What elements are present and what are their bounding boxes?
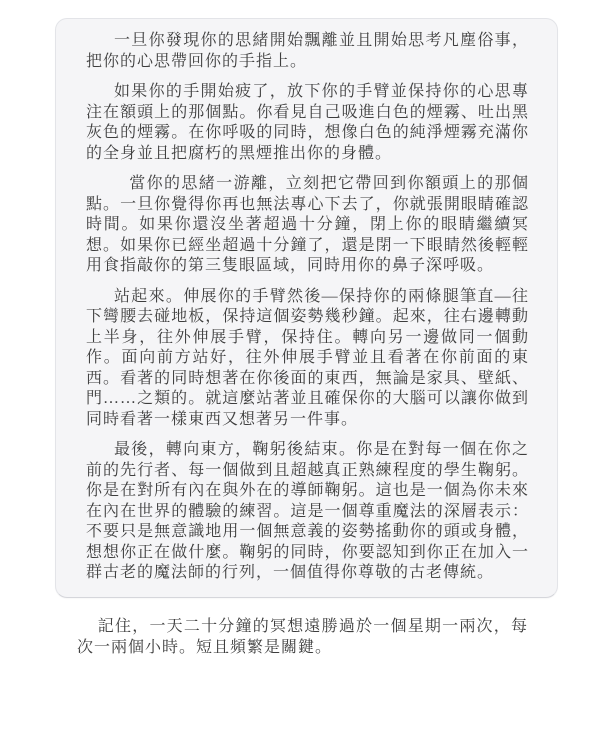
card-paragraph-3: 當你的思緒一游離，立刻把它帶回到你額頭上的那個點。一旦你覺得你再也無法專心下去了… [86,174,529,277]
quote-card: 一旦你發現你的思緒開始飄離並且開始思考凡塵俗事，把你的心思帶回你的手指上。 如果… [55,18,558,598]
card-paragraph-5: 最後，轉向東方，鞠躬後結束。你是在對每一個在你之前的先行者、每一個做到且超越真正… [86,440,529,584]
document-page: 一旦你發現你的思緒開始飄離並且開始思考凡塵俗事，把你的心思帶回你的手指上。 如果… [0,0,604,737]
card-paragraph-1: 一旦你發現你的思緒開始飄離並且開始思考凡塵俗事，把你的心思帶回你的手指上。 [86,31,529,72]
card-paragraph-2: 如果你的手開始疲了，放下你的手臂並保持你的心思專注在額頭上的那個點。你看見自己吸… [86,82,529,164]
closing-paragraph: 記住，一天二十分鐘的冥想遠勝過於一個星期一兩次，每次一兩個小時。短且頻繁是關鍵。 [77,617,528,658]
card-paragraph-4: 站起來。伸展你的手臂然後—保持你的兩條腿筆直—往下彎腰去碰地板，保持這個姿勢幾秒… [86,287,529,431]
